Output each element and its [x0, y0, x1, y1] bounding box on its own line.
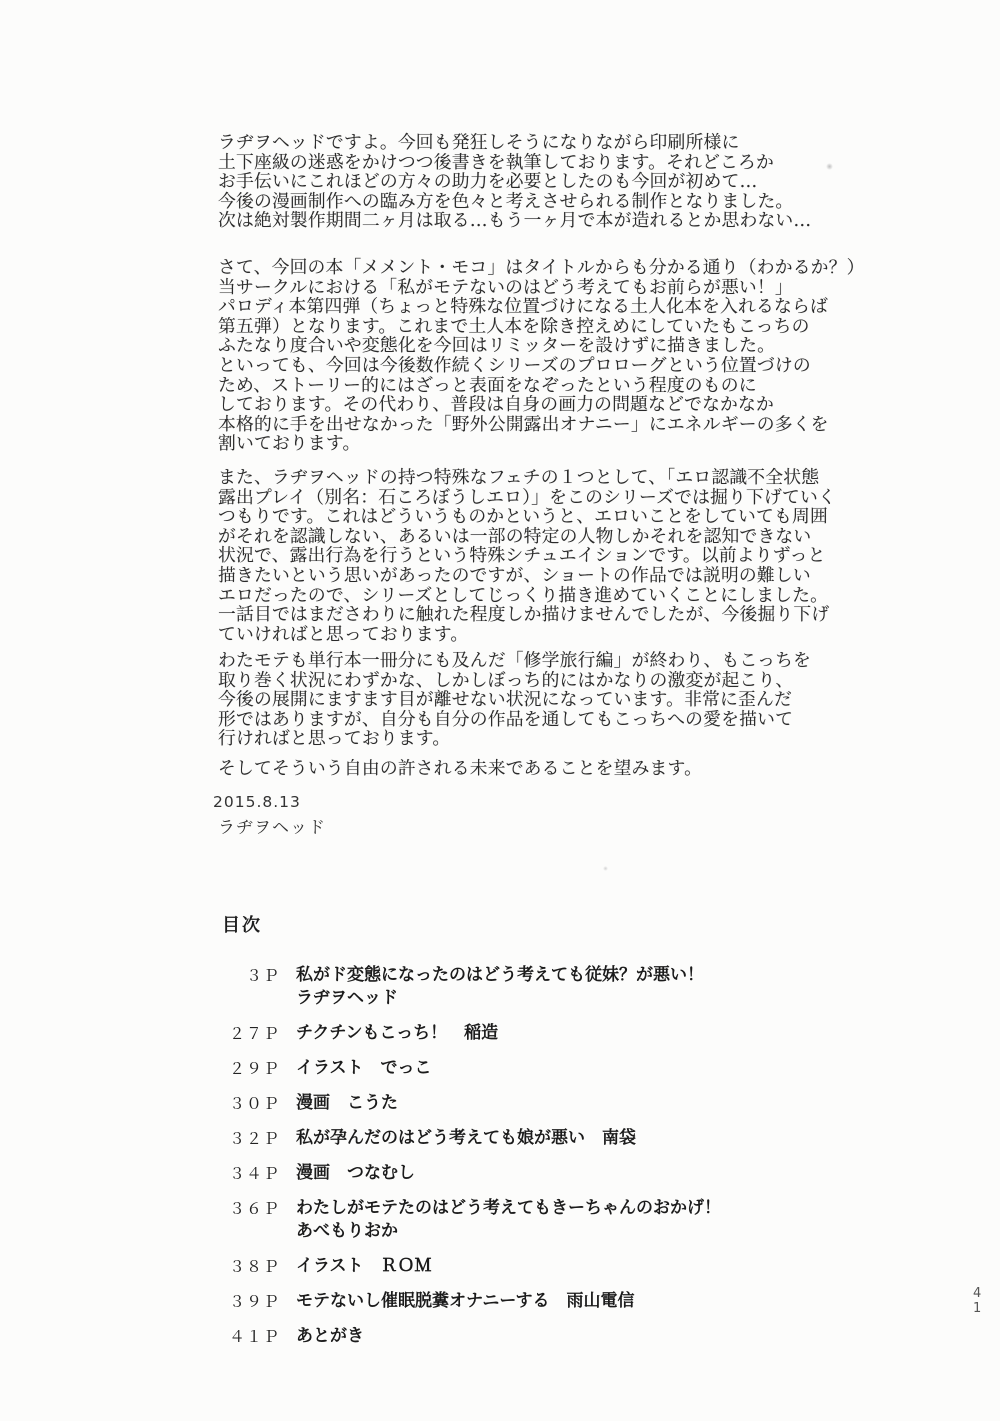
- scan-speck: [603, 866, 608, 871]
- text-line: ため、ストーリー的にはざっと表面をなぞったという程度のものに: [218, 376, 865, 396]
- toc-item-page: ３２Ｐ: [222, 1127, 280, 1150]
- text-line: パロディ本第四弾（ちょっと特殊な位置づけになる土人化本を入れるならば: [218, 297, 865, 317]
- toc-item-author: 稲造: [464, 1023, 498, 1043]
- toc-item-author: こうた: [347, 1093, 398, 1113]
- toc-item-page: ３４Ｐ: [222, 1162, 280, 1185]
- toc-item-title: イラスト: [296, 1058, 364, 1078]
- page-number: 41: [973, 1286, 981, 1316]
- toc-item: ３０Ｐ漫画こうた: [222, 1092, 922, 1115]
- toc-item-page: ３Ｐ: [222, 964, 280, 1010]
- toc-item-body: モテないし催眠脱糞オナニーする雨山電信: [296, 1290, 634, 1313]
- text-line: また、ラヂヲヘッドの持つ特殊なフェチの１つとして、「エロ認識不全状態: [218, 468, 836, 488]
- toc-item-title: 私が孕んだのはどう考えても娘が悪い: [296, 1128, 585, 1148]
- text-line: 描きたいという思いがあったのですが、ショートの作品では説明の難しい: [218, 566, 836, 586]
- toc-item-title: チクチンもこっち！: [296, 1023, 447, 1043]
- text-line: さて、今回の本「メメント・モコ」はタイトルからも分かる通り（わかるか？）: [218, 258, 865, 278]
- toc-item: ３６Ｐわたしがモテたのはどう考えてもきーちゃんのおかげ！あべもりおか: [222, 1197, 922, 1243]
- toc-item-body: 私が孕んだのはどう考えても娘が悪い南袋: [296, 1127, 636, 1150]
- toc-item: ４１Ｐあとがき: [222, 1325, 922, 1348]
- toc-item-page: ４１Ｐ: [222, 1325, 280, 1348]
- toc-item-title: 漫画: [296, 1093, 330, 1113]
- toc-item-page: ３０Ｐ: [222, 1092, 280, 1115]
- toc-item-page: ３９Ｐ: [222, 1290, 280, 1313]
- text-line: 今後の展開にますます目が離せない状況になっています。非常に歪んだ: [218, 690, 811, 710]
- toc-item-author: 南袋: [602, 1128, 636, 1148]
- toc-item-page: ３８Ｐ: [222, 1255, 280, 1278]
- toc-item-body: 漫画こうた: [296, 1092, 398, 1115]
- toc-item: ３４Ｐ漫画つなむし: [222, 1162, 922, 1185]
- page-number-digit: 1: [973, 1301, 981, 1316]
- toc-item: ３８ＰイラストＲＯＭ: [222, 1255, 922, 1278]
- text-line: といっても、今回は今後数作続くシリーズのプロローグという位置づけの: [218, 356, 865, 376]
- toc-item-author: でっこ: [381, 1058, 432, 1078]
- text-line: 当サークルにおける「私がモテないのはどう考えてもお前らが悪い！」: [218, 278, 865, 298]
- text-line: お手伝いにこれほどの方々の助力を必要としたのも今回が初めて…: [218, 172, 811, 192]
- toc-item-body: 漫画つなむし: [296, 1162, 415, 1185]
- toc-item-page: ３６Ｐ: [222, 1197, 280, 1243]
- text-line: ふたなり度合いや変態化を今回はリミッターを設けずに描きました。: [218, 336, 865, 356]
- toc-item-title: わたしがモテたのはどう考えてもきーちゃんのおかげ！: [296, 1198, 721, 1218]
- text-line: がそれを認識しない、あるいは一部の特定の人物しかそれを認知できない: [218, 527, 836, 547]
- text-line: そしてそういう自由の許される未来であることを望みます。: [218, 759, 702, 779]
- toc-item-title: あとがき: [296, 1326, 364, 1346]
- text-line: 取り巻く状況にわずかな、しかしぼっち的にはかなりの激変が起こり、: [218, 671, 811, 691]
- text-line: 本格的に手を出せなかった「野外公開露出オナニー」にエネルギーの多くを: [218, 415, 865, 435]
- toc-item-body: チクチンもこっち！稲造: [296, 1022, 498, 1045]
- toc-item: ２７Ｐチクチンもこっち！稲造: [222, 1022, 922, 1045]
- text-line: 状況で、露出行為を行うという特殊シチュエイションです。以前よりずっと: [218, 546, 836, 566]
- text-line: 割いております。: [218, 434, 865, 454]
- text-line: 行ければと思っております。: [218, 729, 811, 749]
- text-line: ていければと思っております。: [218, 625, 836, 645]
- afterword-paragraph: さて、今回の本「メメント・モコ」はタイトルからも分かる通り（わかるか？）当サーク…: [218, 258, 865, 454]
- scan-speck: [826, 163, 833, 170]
- toc-item-body: 私がド変態になったのはどう考えても従妹？が悪い！ラヂヲヘッド: [296, 964, 704, 1010]
- toc-item-author: つなむし: [347, 1163, 415, 1183]
- toc-item-body: わたしがモテたのはどう考えてもきーちゃんのおかげ！あべもりおか: [296, 1197, 721, 1243]
- toc-item-title: 漫画: [296, 1163, 330, 1183]
- toc-item-page: ２９Ｐ: [222, 1057, 280, 1080]
- text-line: 今後の漫画制作への臨み方を色々と考えさせられる制作となりました。: [218, 192, 811, 212]
- toc-item-title: モテないし催眠脱糞オナニーする: [296, 1291, 549, 1311]
- toc-item-page: ２７Ｐ: [222, 1022, 280, 1045]
- text-line: 土下座級の迷惑をかけつつ後書きを執筆しております。それどころか: [218, 153, 811, 173]
- afterword-date: 2015.8.13: [213, 793, 301, 811]
- toc-item-author: 雨山電信: [566, 1291, 634, 1311]
- afterword-paragraph: そしてそういう自由の許される未来であることを望みます。: [218, 759, 702, 779]
- toc-heading: 目次: [222, 911, 262, 937]
- text-line: つもりです。これはどういうものかというと、エロいことをしていても周囲: [218, 507, 836, 527]
- afterword-paragraph: また、ラヂヲヘッドの持つ特殊なフェチの１つとして、「エロ認識不全状態露出プレイ（…: [218, 468, 836, 644]
- afterword-paragraph: ラヂヲヘッドですよ。今回も発狂しそうになりながら印刷所様に土下座級の迷惑をかけつ…: [218, 133, 811, 231]
- toc-item-author: ＲＯＭ: [381, 1256, 432, 1276]
- toc-item-body: イラストＲＯＭ: [296, 1255, 432, 1278]
- toc-list: ３Ｐ私がド変態になったのはどう考えても従妹？が悪い！ラヂヲヘッド２７Ｐチクチンも…: [222, 964, 922, 1360]
- text-line: 一話目ではまださわりに触れた程度しか描けませんでしたが、今後掘り下げ: [218, 605, 836, 625]
- toc-item-body: イラストでっこ: [296, 1057, 432, 1080]
- toc-item-author: ラヂヲヘッド: [296, 987, 704, 1010]
- text-line: エロだったので、シリーズとしてじっくり描き進めていくことにしました。: [218, 586, 836, 606]
- text-line: 第五弾）となります。これまで土人本を除き控えめにしていたもこっちの: [218, 317, 865, 337]
- text-line: 形ではありますが、自分も自分の作品を通してもこっちへの愛を描いて: [218, 710, 811, 730]
- toc-item-title: 私がド変態になったのはどう考えても従妹？が悪い！: [296, 965, 704, 985]
- text-line: 次は絶対製作期間二ヶ月は取る…もう一ヶ月で本が造れるとか思わない…: [218, 211, 811, 231]
- toc-item-author: あべもりおか: [296, 1220, 721, 1243]
- toc-item: ３Ｐ私がド変態になったのはどう考えても従妹？が悪い！ラヂヲヘッド: [222, 964, 922, 1010]
- toc-item: ２９Ｐイラストでっこ: [222, 1057, 922, 1080]
- toc-item-title: イラスト: [296, 1256, 364, 1276]
- afterword-paragraph: わたモテも単行本一冊分にも及んだ「修学旅行編」が終わり、もこっちを取り巻く状況に…: [218, 651, 811, 749]
- toc-item-body: あとがき: [296, 1325, 364, 1348]
- toc-item: ３９Ｐモテないし催眠脱糞オナニーする雨山電信: [222, 1290, 922, 1313]
- afterword-signature: ラヂヲヘッド: [218, 813, 326, 838]
- text-line: ラヂヲヘッドですよ。今回も発狂しそうになりながら印刷所様に: [218, 133, 811, 153]
- toc-item: ３２Ｐ私が孕んだのはどう考えても娘が悪い南袋: [222, 1127, 922, 1150]
- text-line: わたモテも単行本一冊分にも及んだ「修学旅行編」が終わり、もこっちを: [218, 651, 811, 671]
- text-line: 露出プレイ（別名：石ころぼうしエロ）」をこのシリーズでは掘り下げていく: [218, 488, 836, 508]
- page-number-digit: 4: [973, 1286, 981, 1301]
- scanned-page: ラヂヲヘッドですよ。今回も発狂しそうになりながら印刷所様に土下座級の迷惑をかけつ…: [0, 0, 1000, 1421]
- text-line: しております。その代わり、普段は自身の画力の問題などでなかなか: [218, 395, 865, 415]
